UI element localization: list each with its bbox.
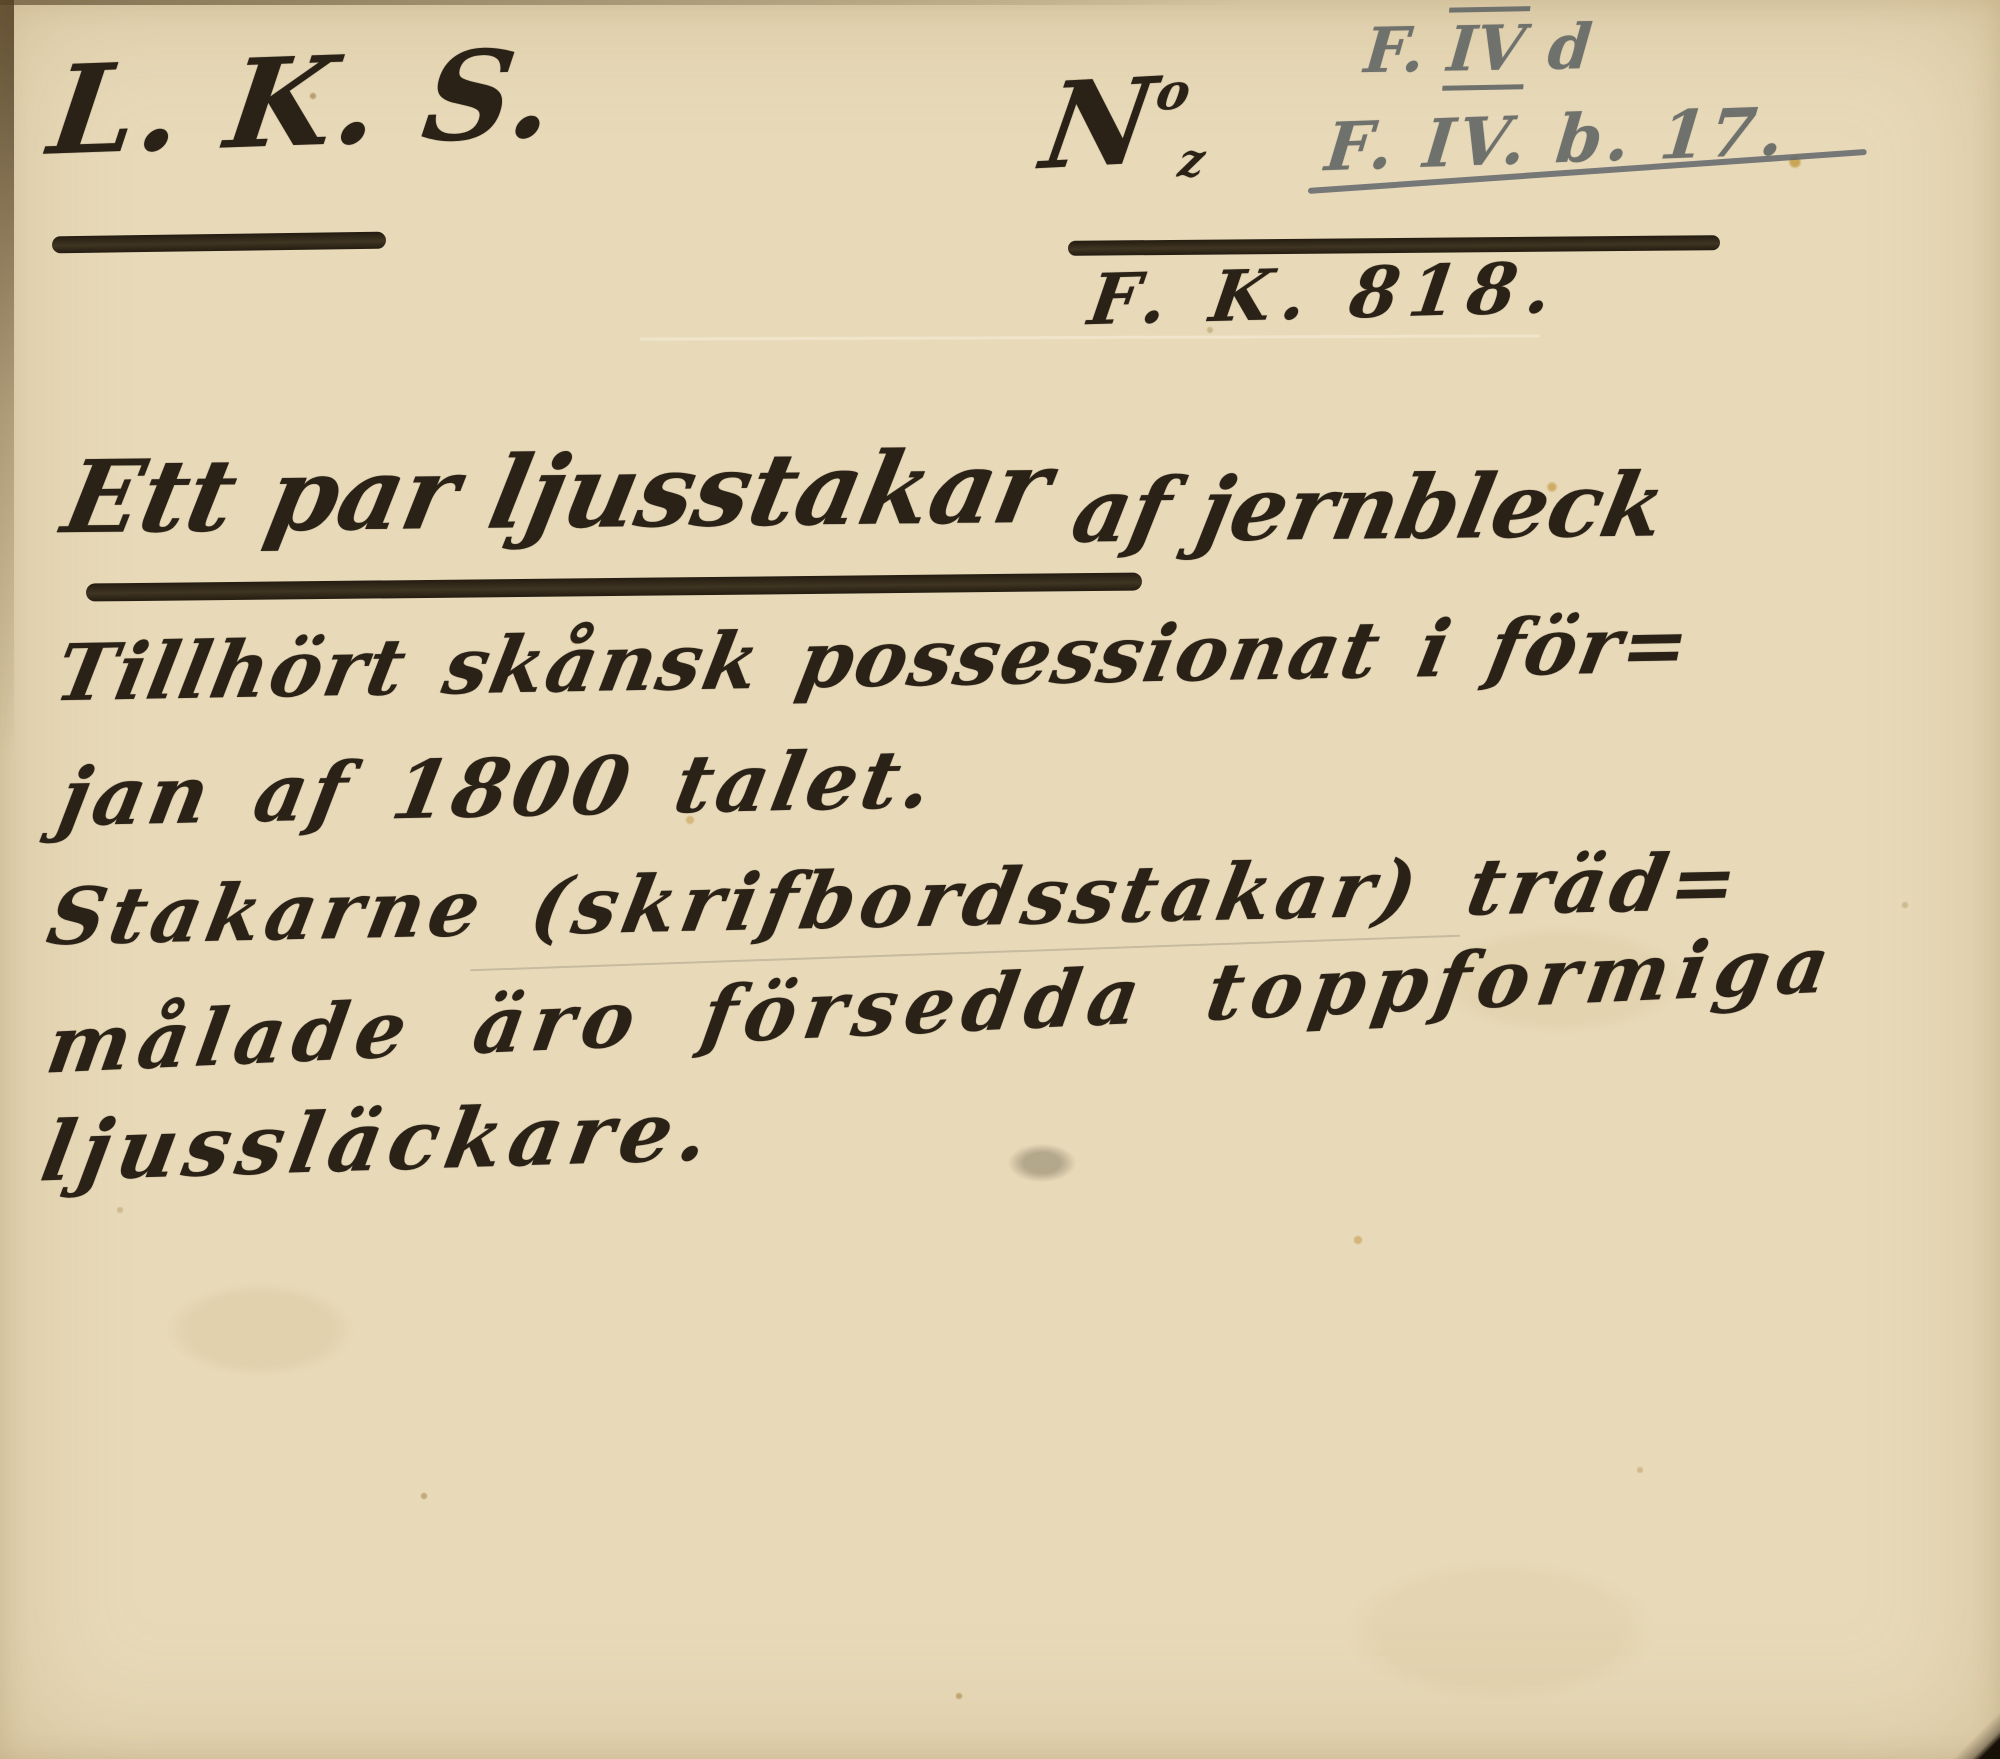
collection-mark-underline [52,232,386,254]
record-number-label: Noz [1034,47,1222,196]
pencil-class-prefix: F. [1362,13,1428,87]
paper-edge-top [0,0,1250,5]
title-line: Ett par ljusstakar af jernbleck [54,421,1680,556]
paper-edge-left [0,0,14,760]
paper-corner-bottom-right [1940,1689,2000,1759]
accession-number: F. K. 818. [1084,246,1568,342]
body-line-6: ljussläckare. [35,1083,724,1201]
collection-mark: L. K. S. [42,20,566,182]
pencil-class-numeral: IV [1442,6,1530,91]
number-sub-z: z [1175,133,1209,188]
body-line-3: jan af 1800 talet. [52,732,944,845]
archive-card: L. K. S. F. IV d Noz F. IV. b. 17. F. K.… [0,0,2000,1759]
title-rest-text: af jernbleck [1034,452,1675,563]
body-line-2: Tillhört skånsk possessionat i för= [48,599,1699,719]
pencil-classification: F. IV d [1362,10,1595,87]
number-n: N [1034,50,1164,196]
title-underline [86,572,1142,601]
title-underlined-text: Ett par ljusstakar [54,428,1061,557]
pencil-class-suffix: d [1545,10,1595,84]
